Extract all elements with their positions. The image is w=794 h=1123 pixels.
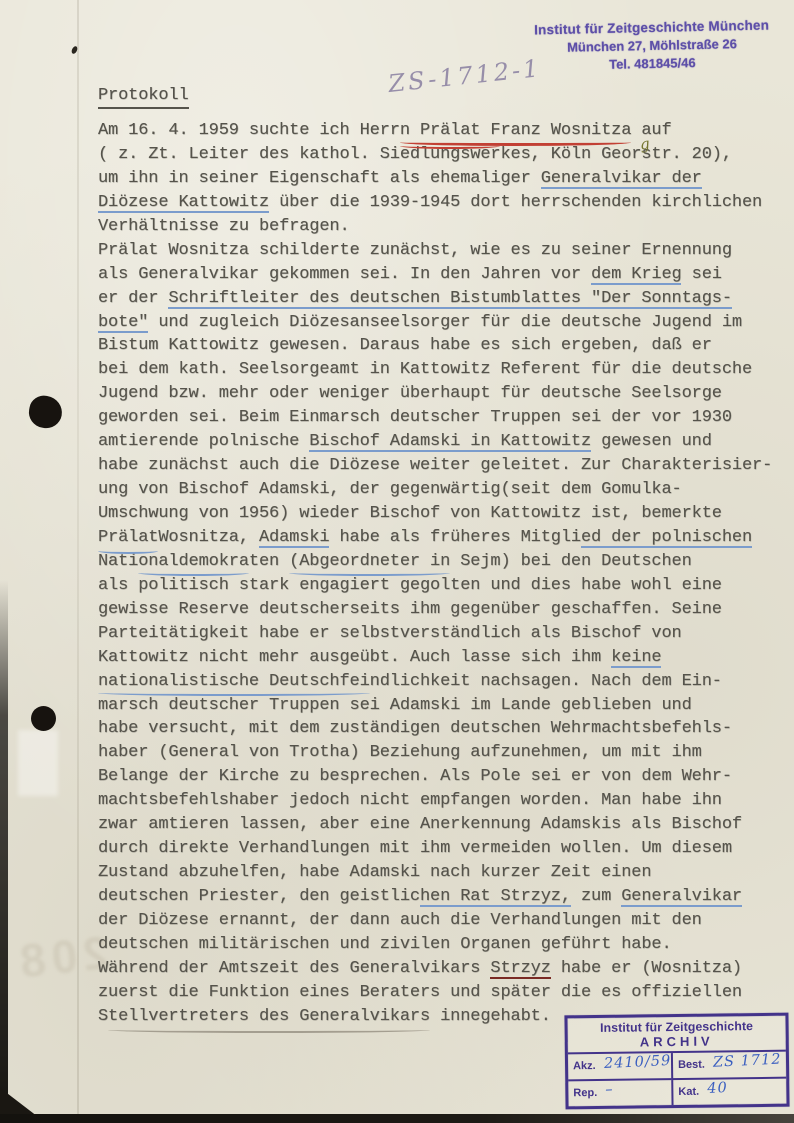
- typed-line: nationalistische Deutschfeindlichkeit na…: [98, 670, 788, 694]
- typed-line: Prälat Wosnitza schilderte zunächst, wie…: [98, 239, 788, 263]
- stamp-institute-name: Institut für Zeitgeschichte München: [519, 17, 783, 38]
- typed-line: als Generalvikar gekommen sei. In den Ja…: [98, 263, 788, 287]
- scanned-document-page: 208 Institut für Zeitgeschichte München …: [0, 0, 794, 1123]
- typed-line: haber (General von Trotha) Beziehung auf…: [98, 741, 788, 765]
- archive-field-akz: Akz. 2410/59: [568, 1053, 671, 1081]
- archive-stamp-box: Institut für Zeitgeschichte ARCHIV Akz. …: [564, 1013, 789, 1110]
- typed-line: deutschen Priester, den geistlichen Rat …: [98, 885, 788, 909]
- typed-line: Während der Amtszeit des Generalvikars S…: [98, 957, 788, 981]
- archive-stamp-grid: Akz. 2410/59 Best. ZS 1712 Rep. – Kat. 4…: [568, 1050, 787, 1107]
- typed-line: deutschen militärischen und zivilen Orga…: [98, 933, 788, 957]
- typed-line: er der Schriftleiter des deutschen Bistu…: [98, 287, 788, 311]
- typed-line: habe versucht, mit dem zuständigen deuts…: [98, 717, 788, 741]
- typed-line: als politisch stark engagiert gegolten u…: [98, 574, 788, 598]
- typed-line: machtsbefehlshaber jedoch nicht empfange…: [98, 789, 788, 813]
- archive-stamp-title: Institut für Zeitgeschichte: [567, 1016, 785, 1036]
- stamp-phone: Tel. 481845/46: [520, 53, 784, 74]
- typed-line: marsch deutscher Truppen sei Adamski im …: [98, 694, 788, 718]
- scan-edge-left: [0, 580, 8, 1123]
- typed-line: Kattowitz nicht mehr ausgeübt. Auch lass…: [98, 646, 788, 670]
- paper-patch: [18, 730, 58, 796]
- archive-field-best-label: Best.: [678, 1059, 705, 1071]
- document-title: Protokoll: [98, 86, 189, 109]
- archive-field-kat-label: Kat.: [678, 1086, 699, 1098]
- typed-line: Umschwung von 1956) wieder Bischof von K…: [98, 502, 788, 526]
- archive-field-rep-value: –: [605, 1082, 614, 1098]
- typed-line: durch direkte Verhandlungen mit ihm verm…: [98, 837, 788, 861]
- typed-line: Verhältnisse zu befragen.: [98, 215, 788, 239]
- archive-field-akz-label: Akz.: [573, 1060, 596, 1072]
- archive-field-rep-label: Rep.: [573, 1087, 597, 1099]
- typed-line: ung von Bischof Adamski, der gegenwärtig…: [98, 478, 788, 502]
- archive-field-best: Best. ZS 1712: [671, 1052, 786, 1080]
- typed-line: ( z. Zt. Leiter des kathol. Siedlungswer…: [98, 143, 788, 167]
- archive-field-kat-value: 40: [707, 1080, 728, 1097]
- archive-field-rep: Rep. –: [568, 1080, 671, 1106]
- typed-line: Parteitätigkeit habe er selbstverständli…: [98, 622, 788, 646]
- typed-line: Zustand abzuhelfen, habe Adamski nach ku…: [98, 861, 788, 885]
- typed-line: bei dem kath. Seelsorgeamt in Kattowitz …: [98, 358, 788, 382]
- archive-field-best-value: ZS 1712: [713, 1052, 782, 1071]
- typed-line: habe zunächst auch die Diözese weiter ge…: [98, 454, 788, 478]
- typed-line: Am 16. 4. 1959 suchte ich Herrn Prälat F…: [98, 119, 788, 143]
- typed-line: bote" und zugleich Diözesanseelsorger fü…: [98, 311, 788, 335]
- scan-edge-bottom: [0, 1114, 794, 1123]
- typed-line: Jugend bzw. mehr oder weniger überhaupt …: [98, 382, 788, 406]
- typed-line: zuerst die Funktion eines Beraters und s…: [98, 981, 788, 1005]
- typed-line: Belange der Kirche zu besprechen. Als Po…: [98, 765, 788, 789]
- typed-line: Nationaldemokraten (Abgeordneter in Sejm…: [98, 550, 788, 574]
- typed-line: zwar amtieren lassen, aber eine Anerkenn…: [98, 813, 788, 837]
- typed-text-block: Am 16. 4. 1959 suchte ich Herrn Prälat F…: [98, 119, 788, 1029]
- ink-bleed-through: 208: [11, 925, 111, 989]
- typed-line: der Diözese ernannt, der dann auch die V…: [98, 909, 788, 933]
- archive-field-akz-value: 2410/59: [603, 1053, 671, 1072]
- typed-line: Diözese Kattowitz über die 1939-1945 dor…: [98, 191, 788, 215]
- archive-field-kat: Kat. 40: [671, 1079, 786, 1105]
- hole-punch-bottom: [31, 706, 56, 731]
- typed-line: gewisse Reserve deutscherseits ihm gegen…: [98, 598, 788, 622]
- typed-line: um ihn in seiner Eigenschaft als ehemali…: [98, 167, 788, 191]
- stamp-address: München 27, Möhlstraße 26: [520, 35, 784, 56]
- typed-line: Bistum Kattowitz gewesen. Daraus habe es…: [98, 334, 788, 358]
- typed-line: PrälatWosnitza, Adamski habe als frühere…: [98, 526, 788, 550]
- typed-line: geworden sei. Beim Einmarsch deutscher T…: [98, 406, 788, 430]
- institute-address-stamp: Institut für Zeitgeschichte München Münc…: [519, 17, 784, 74]
- handwritten-reference-number: ZS-1712-1: [387, 54, 543, 98]
- hole-punch-top: [26, 393, 64, 430]
- typed-line: amtierende polnische Bischof Adamski in …: [98, 430, 788, 454]
